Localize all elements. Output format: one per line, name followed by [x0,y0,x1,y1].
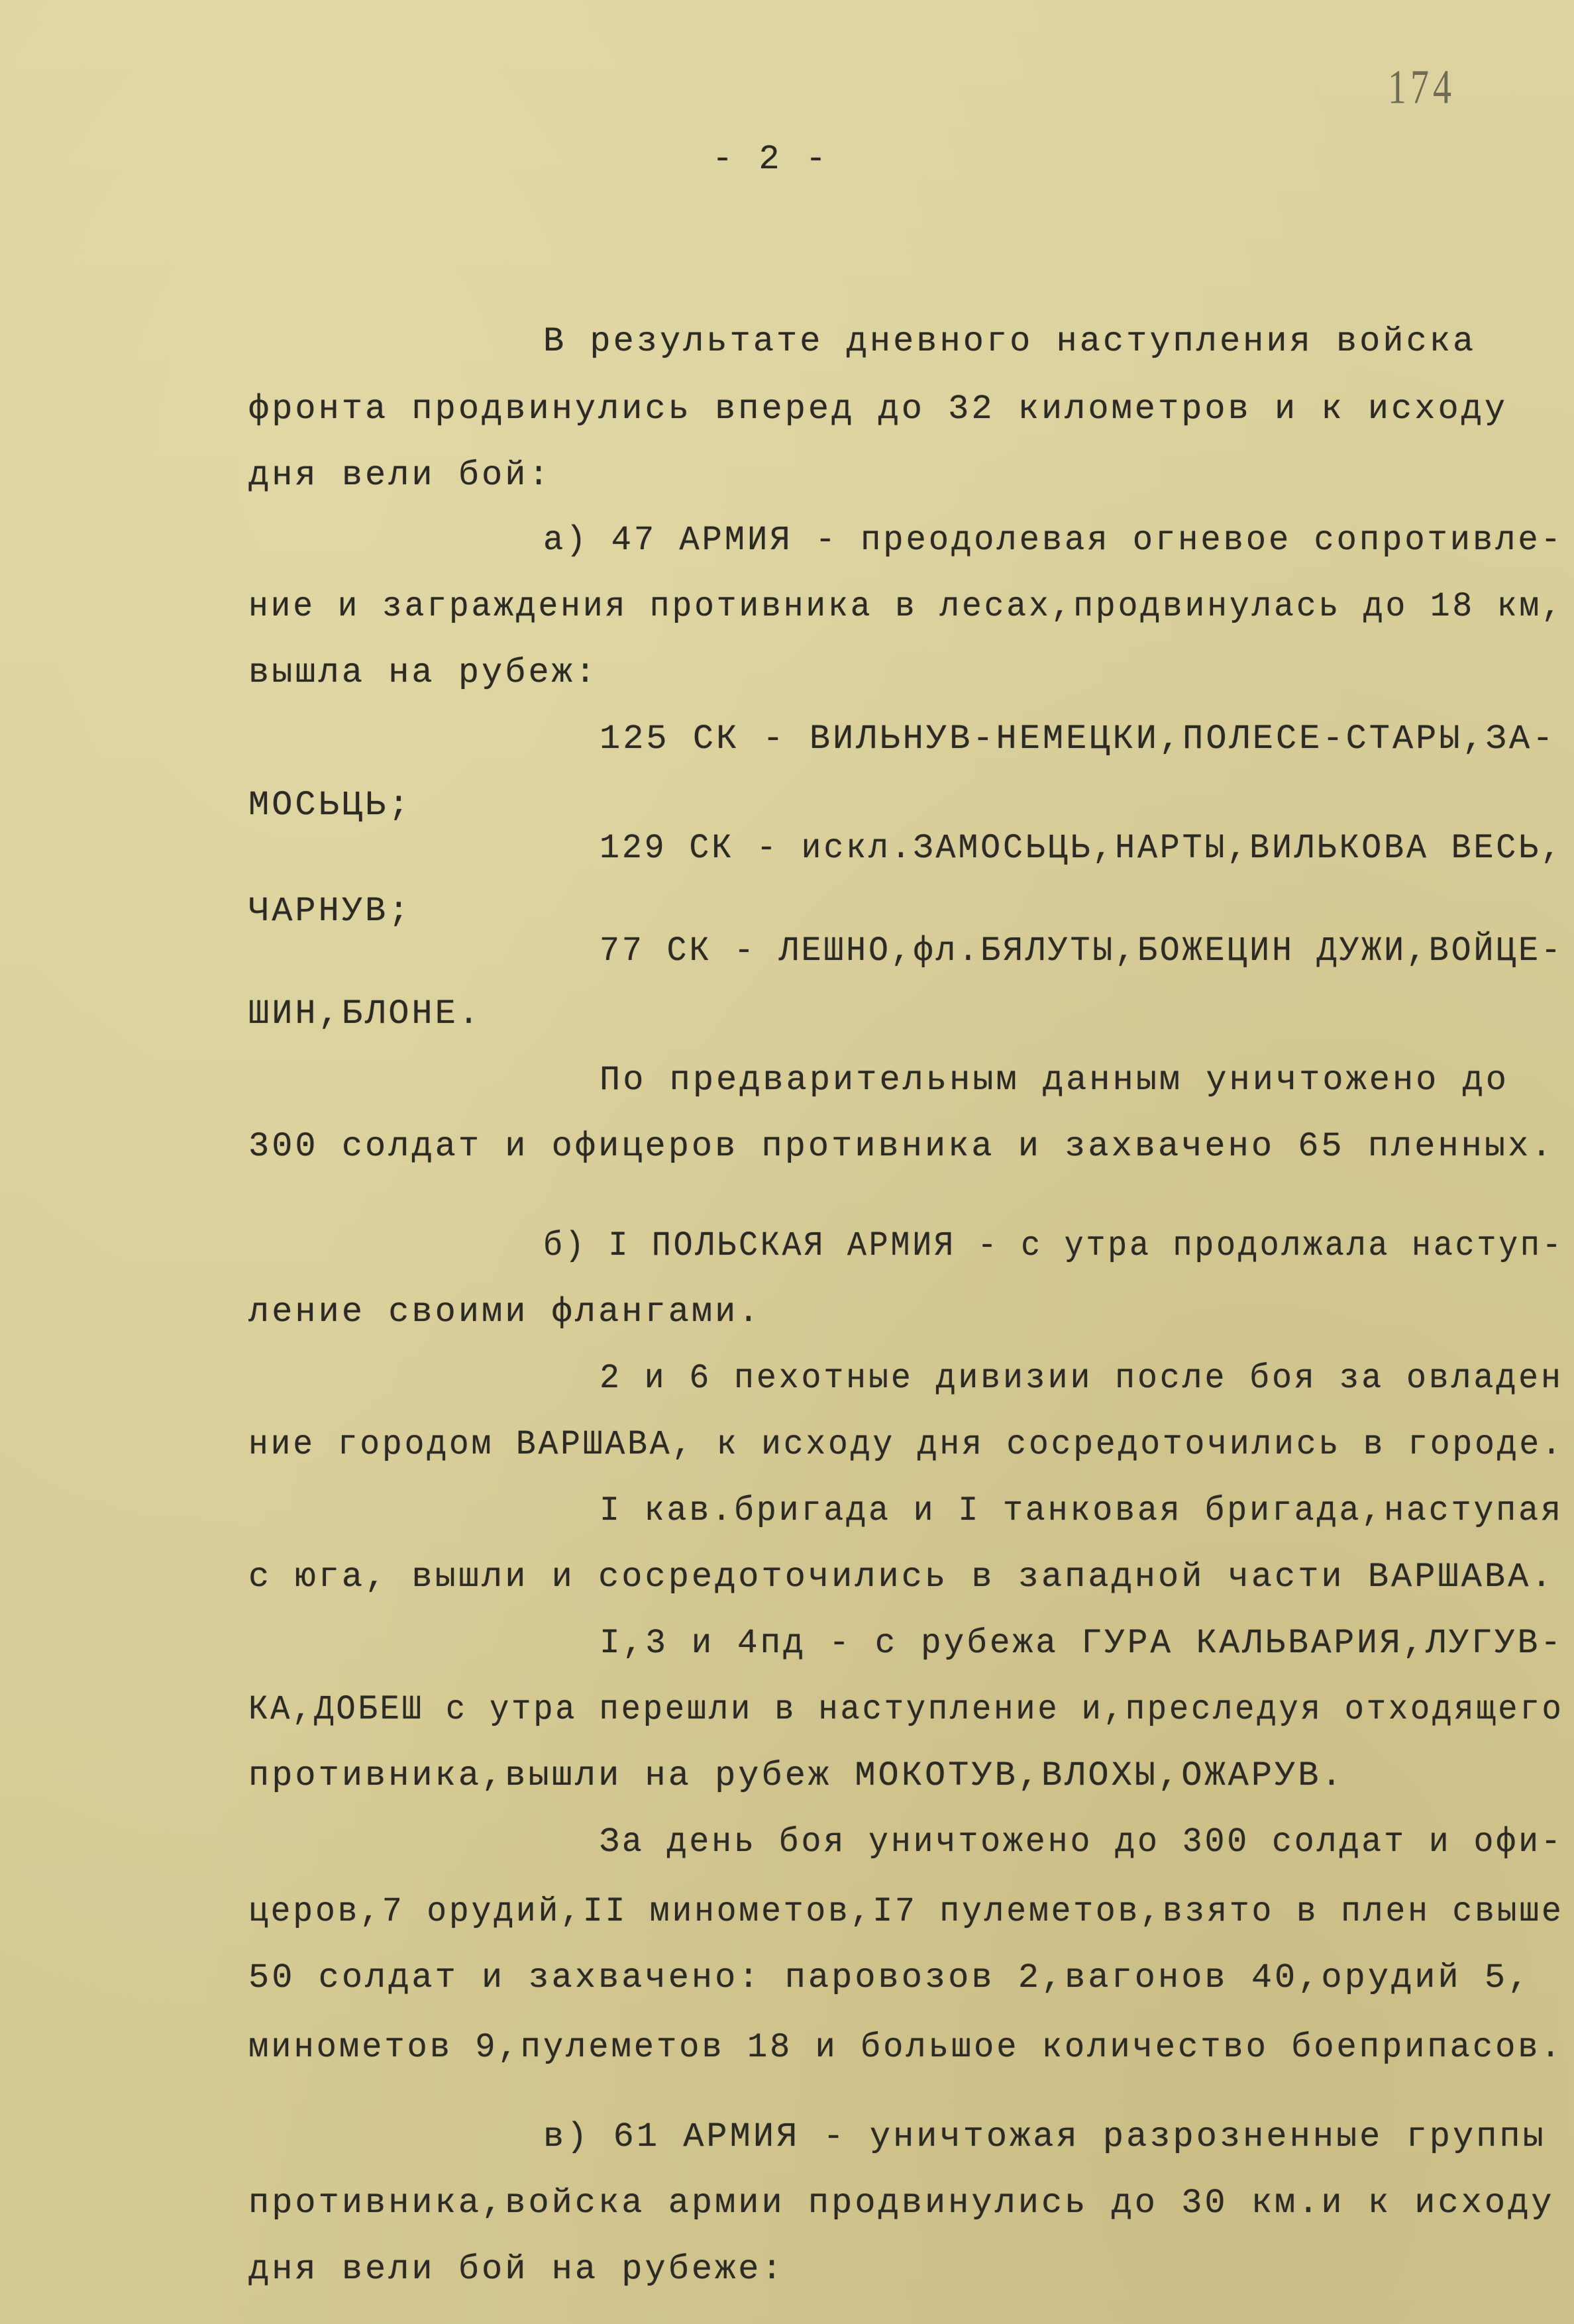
text-line: противника,войска армии продвинулись до … [248,2186,1554,2221]
text-line: в) 61 АРМИЯ - уничтожая разрозненные гру… [543,2120,1546,2154]
text-line: ЧАРНУВ; [248,894,411,929]
text-line: 129 СК - искл.ЗАМОСЬЦЬ,НАРТЫ,ВИЛЬКОВА ВЕ… [600,831,1563,866]
text-line: б) I ПОЛЬСКАЯ АРМИЯ - с утра продолжала … [543,1229,1563,1263]
text-line: ние и заграждения противника в лесах,про… [248,590,1564,624]
text-line: церов,7 орудий,II минометов,I7 пулеметов… [248,1895,1564,1929]
text-line: 300 солдат и офицеров противника и захва… [248,1130,1554,1164]
text-line: вышла на рубеж: [248,656,598,690]
text-line: МОСЬЦЬ; [248,788,411,823]
text-line: КА,ДОБЕШ с утра перешли в наступление и,… [248,1693,1564,1727]
text-line: 125 СК - ВИЛЬНУВ-НЕМЕЦКИ,ПОЛЕСЕ-СТАРЫ,ЗА… [600,722,1555,757]
text-line: По предварительным данным уничтожено до [600,1063,1509,1098]
text-line: За день боя уничтожено до 300 солдат и о… [600,1825,1563,1860]
text-line: ШИН,БЛОНЕ. [248,997,482,1031]
text-line: I кав.бригада и I танковая бригада,насту… [600,1494,1563,1528]
text-line: 77 СК - ЛЕШНО,фл.БЯЛУТЫ,БОЖЕЦИН ДУЖИ,ВОЙ… [600,934,1563,969]
page-number: - 2 - [712,142,829,177]
text-line: дня вели бой: [248,458,552,493]
text-line: В результате дневного наступления войска [543,325,1476,359]
text-line: ние городом ВАРШАВА, к исходу дня сосред… [248,1428,1564,1462]
document-page: 174 - 2 - В результате дневного наступле… [0,0,1574,2324]
archive-sheet-number: 174 [1388,60,1455,115]
text-line: дня вели бой на рубеже: [248,2252,785,2287]
text-line: 2 и 6 пехотные дивизии после боя за овла… [600,1361,1563,1396]
text-line: минометов 9,пулеметов 18 и большое колич… [248,2031,1563,2065]
text-line: противника,вышли на рубеж МОКОТУВ,ВЛОХЫ,… [248,1759,1345,1793]
text-line: I,3 и 4пд - с рубежа ГУРА КАЛЬВАРИЯ,ЛУГУ… [600,1626,1563,1661]
text-line: фронта продвинулись вперед до 32 километ… [248,392,1508,427]
text-line: 50 солдат и захвачено: паровозов 2,вагон… [248,1961,1531,1995]
text-line: с юга, вышли и сосредоточились в западно… [248,1560,1554,1595]
text-line: ление своими флангами. [248,1295,762,1330]
text-line: а) 47 АРМИЯ - преодолевая огневое сопрот… [543,523,1563,558]
